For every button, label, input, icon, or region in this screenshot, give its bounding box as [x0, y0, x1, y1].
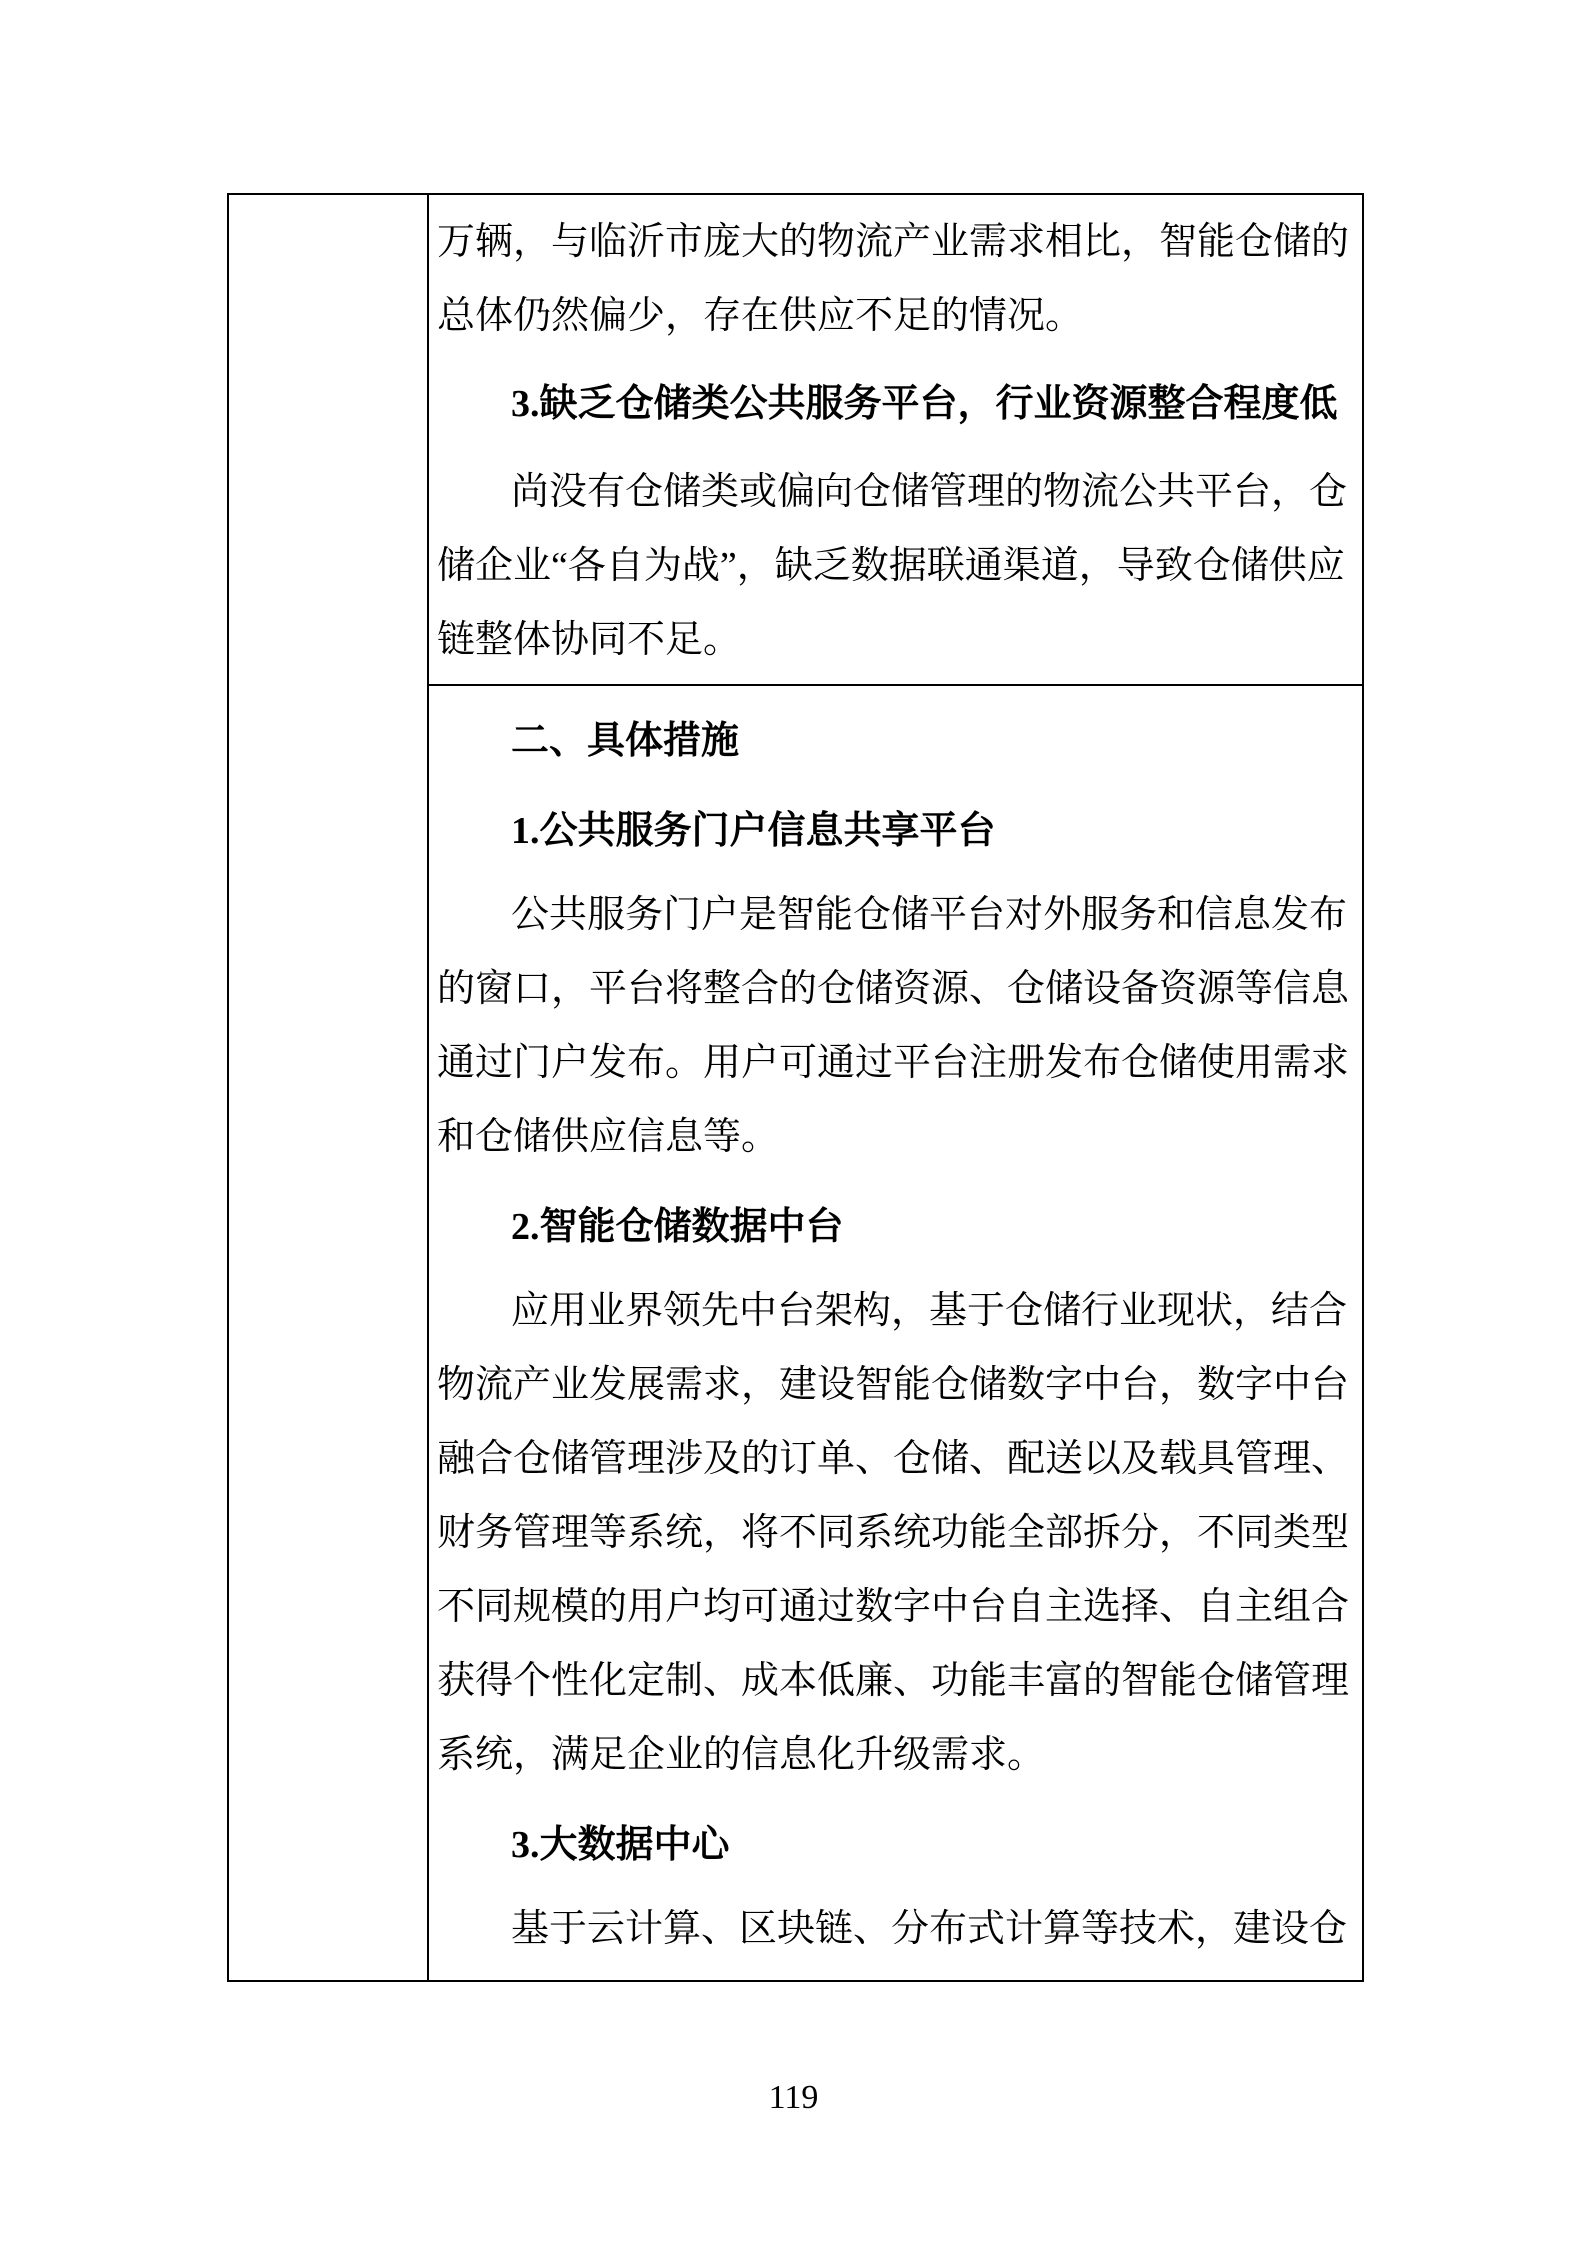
text-line: 万辆，与临沂市庞大的物流产业需求相比，智能仓储的: [437, 205, 1350, 279]
text-line: 链整体协同不足。: [437, 603, 1350, 677]
text-line: 基于云计算、区块链、分布式计算等技术，建设仓: [437, 1892, 1350, 1966]
table-right-column: 万辆，与临沂市庞大的物流产业需求相比，智能仓储的 总体仍然偏少，存在供应不足的情…: [429, 195, 1362, 1980]
text-line: 尚没有仓储类或偏向仓储管理的物流公共平台，仓: [437, 455, 1350, 529]
page-number: 119: [0, 2078, 1587, 2118]
text-line: 财务管理等系统，将不同系统功能全部拆分，不同类型、: [437, 1496, 1350, 1570]
text-line: 获得个性化定制、成本低廉、功能丰富的智能仓储管理: [437, 1644, 1350, 1718]
section-heading: 3.缺乏仓储类公共服务平台，行业资源整合程度低: [437, 367, 1350, 441]
text-line: 应用业界领先中台架构，基于仓储行业现状，结合: [437, 1274, 1350, 1348]
text-line: 系统，满足企业的信息化升级需求。: [437, 1718, 1350, 1792]
text-line: 和仓储供应信息等。: [437, 1100, 1350, 1174]
section-heading: 二、具体措施: [437, 704, 1350, 778]
text-line: 公共服务门户是智能仓储平台对外服务和信息发布: [437, 878, 1350, 952]
text-line: 融合仓储管理涉及的订单、仓储、配送以及载具管理、: [437, 1422, 1350, 1496]
text-line: 储企业“各自为战”，缺乏数据联通渠道，导致仓储供应: [437, 529, 1350, 603]
content-table: 万辆，与临沂市庞大的物流产业需求相比，智能仓储的 总体仍然偏少，存在供应不足的情…: [227, 193, 1364, 1982]
text-line: 通过门户发布。用户可通过平台注册发布仓储使用需求: [437, 1026, 1350, 1100]
section-heading: 3.大数据中心: [437, 1808, 1350, 1882]
section-heading: 2.智能仓储数据中台: [437, 1190, 1350, 1264]
text-line: 物流产业发展需求，建设智能仓储数字中台，数字中台: [437, 1348, 1350, 1422]
section-heading: 1.公共服务门户信息共享平台: [437, 794, 1350, 868]
table-row2-cell: 二、具体措施 1.公共服务门户信息共享平台 公共服务门户是智能仓储平台对外服务和…: [429, 686, 1362, 1980]
text-line: 的窗口，平台将整合的仓储资源、仓储设备资源等信息: [437, 952, 1350, 1026]
table-left-column-cell: [229, 195, 429, 1980]
table-row1-cell: 万辆，与临沂市庞大的物流产业需求相比，智能仓储的 总体仍然偏少，存在供应不足的情…: [429, 195, 1362, 686]
text-line: 不同规模的用户均可通过数字中台自主选择、自主组合，: [437, 1570, 1350, 1644]
text-line: 总体仍然偏少，存在供应不足的情况。: [437, 279, 1350, 353]
document-page: 万辆，与临沂市庞大的物流产业需求相比，智能仓储的 总体仍然偏少，存在供应不足的情…: [0, 0, 1587, 2245]
